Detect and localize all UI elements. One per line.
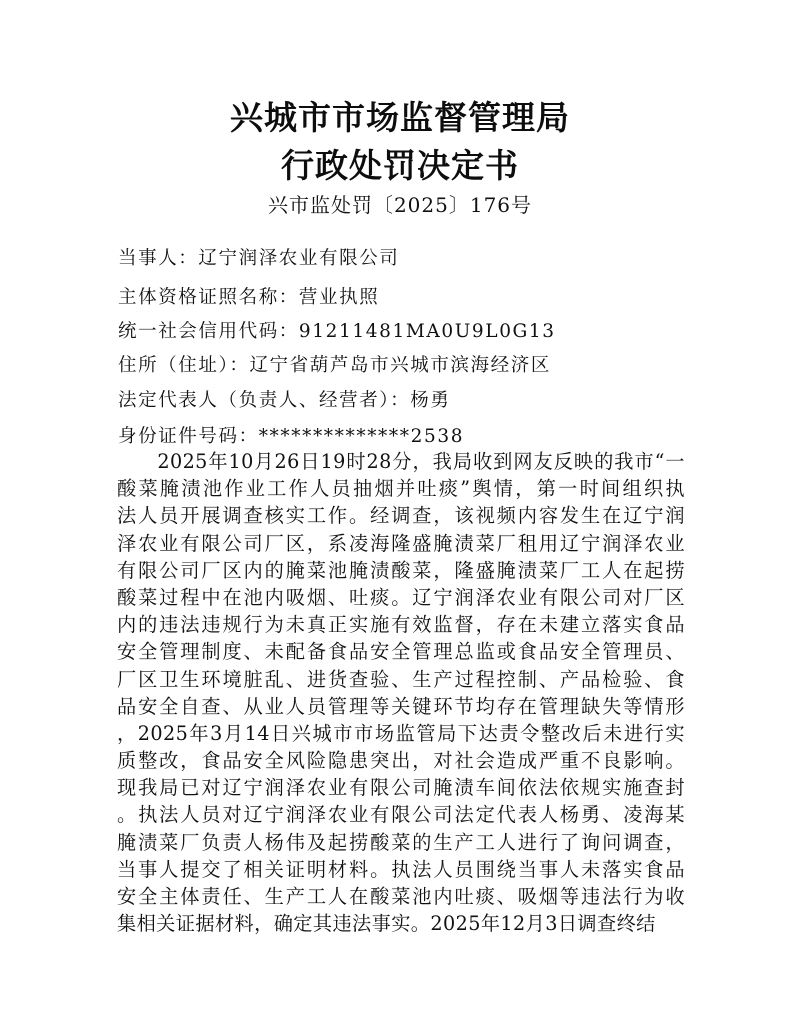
body-line: 集相关证据材料，确定其违法事实。2025年12月3日调查终结: [117, 910, 685, 937]
body-line: 现我局已对辽宁润泽农业有限公司腌渍车间依法依规实施查封: [117, 774, 685, 801]
body-line: 2025年10月26日19时28分，我局收到网友反映的我市“一: [117, 448, 685, 475]
body-line: 安全主体责任、生产工人在酸菜池内吐痰、吸烟等违法行为收: [117, 883, 685, 910]
field-legal-representative: 法定代表人（负责人、经营者）：杨勇: [118, 386, 450, 412]
field-value: 91211481MA0U9L0G13: [299, 321, 556, 342]
field-credit-code: 统一社会信用代码：91211481MA0U9L0G13: [118, 317, 556, 343]
body-line: 厂区卫生环境脏乱、进货查验、生产过程控制、产品检验、食: [117, 666, 685, 693]
body-paragraph: 2025年10月26日19时28分，我局收到网友反映的我市“一 酸菜腌渍池作业工…: [117, 448, 685, 937]
field-label: 住所（住址）：: [118, 355, 249, 376]
body-line: 当事人提交了相关证明材料。执法人员围绕当事人未落实食品: [117, 856, 685, 883]
field-license-name: 主体资格证照名称：营业执照: [118, 283, 379, 309]
body-line: 法人员开展调查核实工作。经调查，该视频内容发生在辽宁润: [117, 502, 685, 529]
body-line: ，2025年3月14日兴城市市场监管局下达责令整改后未进行实: [117, 720, 685, 747]
field-value: 营业执照: [299, 287, 379, 308]
field-id-number: 身份证件号码：**************2538: [118, 422, 464, 448]
field-label: 统一社会信用代码：: [118, 321, 299, 342]
document-type-title: 行政处罚决定书: [0, 140, 800, 187]
field-value: 杨勇: [410, 390, 450, 411]
field-label: 当事人：: [118, 248, 198, 269]
body-line: 泽农业有限公司厂区，系凌海隆盛腌渍菜厂租用辽宁润泽农业: [117, 530, 685, 557]
agency-title: 兴城市市场监督管理局: [0, 92, 800, 139]
body-line: 有限公司厂区内的腌菜池腌渍酸菜，隆盛腌渍菜厂工人在起捞: [117, 557, 685, 584]
field-value: 辽宁润泽农业有限公司: [198, 248, 399, 269]
field-value: 辽宁省葫芦岛市兴城市滨海经济区: [249, 355, 551, 376]
field-address: 住所（住址）：辽宁省葫芦岛市兴城市滨海经济区: [118, 351, 551, 377]
body-line: 内的违法违规行为未真正实施有效监督，存在未建立落实食品: [117, 611, 685, 638]
field-label: 主体资格证照名称：: [118, 287, 299, 308]
field-label: 法定代表人（负责人、经营者）：: [118, 390, 410, 411]
body-line: 。执法人员对辽宁润泽农业有限公司法定代表人杨勇、凌海某: [117, 801, 685, 828]
document-number: 兴市监处罚〔2025〕176号: [0, 189, 800, 218]
body-line: 酸菜腌渍池作业工作人员抽烟并吐痰”舆情，第一时间组织执: [117, 475, 685, 502]
body-line: 酸菜过程中在池内吸烟、吐痰。辽宁润泽农业有限公司对厂区: [117, 584, 685, 611]
field-party: 当事人：辽宁润泽农业有限公司: [118, 244, 399, 270]
body-line: 品安全自查、从业人员管理等关键环节均存在管理缺失等情形: [117, 693, 685, 720]
body-line: 安全管理制度、未配备食品安全管理总监或食品安全管理员、: [117, 638, 685, 665]
body-line: 腌渍菜厂负责人杨伟及起捞酸菜的生产工人进行了询问调查，: [117, 829, 685, 856]
field-label: 身份证件号码：: [118, 426, 259, 447]
body-line: 质整改，食品安全风险隐患突出，对社会造成严重不良影响。: [117, 747, 685, 774]
field-value: **************2538: [259, 426, 464, 447]
